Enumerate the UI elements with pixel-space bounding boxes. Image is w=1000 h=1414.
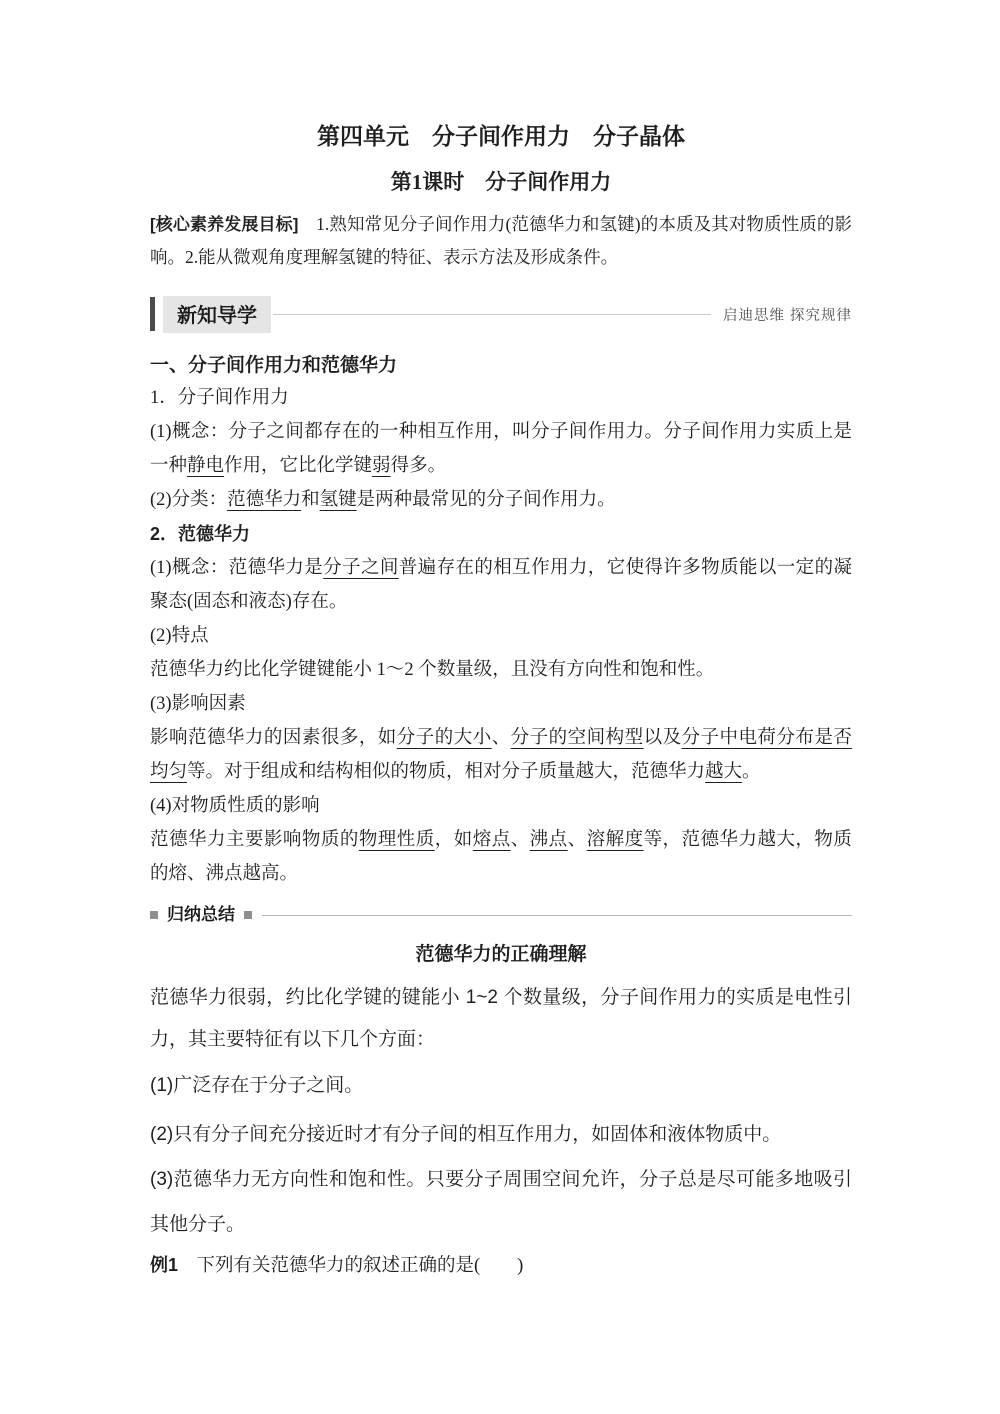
text-run: 、 — [511, 830, 530, 850]
paragraph-concept-1: (1)概念：分子之间都存在的一种相互作用，叫分子间作用力。分子间作用力实质上是一… — [150, 415, 852, 483]
text-run: 影响范德华力的因素很多，如 — [150, 728, 397, 748]
example-label: 例1 — [150, 1255, 178, 1275]
summary-divider-line — [262, 915, 852, 916]
blank-answer: 分子的大小 — [397, 728, 492, 748]
text-run: 等。对于组成和结构相似的物质，相对分子质量越大，范德华力 — [187, 762, 705, 782]
text-run: 。 — [742, 762, 761, 782]
blank-answer: 分子的空间构型 — [511, 728, 644, 748]
blank-answer: 溶解度 — [587, 830, 644, 850]
banner-title: 新知导学 — [163, 296, 271, 333]
learning-objectives: [核心素养发展目标] 1.熟知常见分子间作用力(范德华力和氢键)的本质及其对物质… — [150, 208, 852, 273]
page-content: 第四单元 分子间作用力 分子晶体 第1课时 分子间作用力 [核心素养发展目标] … — [0, 0, 1000, 1284]
summary-title: 范德华力的正确理解 — [150, 941, 852, 969]
paragraph-factors-text: 影响范德华力的因素很多，如分子的大小、分子的空间构型以及分子中电荷分布是否均匀等… — [150, 721, 852, 789]
text-run: (2)分类： — [150, 490, 227, 510]
summary-label: 归纳总结 — [167, 903, 235, 927]
blank-answer: 静电 — [187, 456, 224, 476]
summary-item-3: (3)范德华力无方向性和饱和性。只要分子周围空间允许，分子总是尽可能多地吸引其他… — [150, 1157, 852, 1247]
blank-answer: 熔点 — [473, 830, 511, 850]
unit-title: 第四单元 分子间作用力 分子晶体 — [150, 0, 852, 152]
text-run: 作用，它比化学键 — [224, 456, 372, 476]
paragraph-property-label: (4)对物质性质的影响 — [150, 789, 852, 823]
text-run: (1)概念：范德华力是 — [150, 558, 323, 578]
section-banner: 新知导学 启迪思维 探究规律 — [150, 297, 852, 331]
summary-header: 归纳总结 — [150, 903, 852, 927]
blank-answer: 物理性质 — [359, 830, 435, 850]
example-1: 例1 下列有关范德华力的叙述正确的是( ) — [150, 1247, 852, 1284]
paragraph-features-label: (2)特点 — [150, 619, 852, 653]
subsection-2-heading: 2．范德华力 — [150, 517, 852, 551]
square-bullet-icon — [244, 911, 252, 919]
text-run: 、 — [492, 728, 511, 748]
text-run: 以及 — [644, 728, 682, 748]
summary-item-1: (1)广泛存在于分子之间。 — [150, 1063, 852, 1108]
summary-item-2: (2)只有分子间充分接近时才有分子间的相互作用力，如固体和液体物质中。 — [150, 1112, 852, 1157]
document-page: 第四单元 分子间作用力 分子晶体 第1课时 分子间作用力 [核心素养发展目标] … — [0, 0, 1000, 1414]
blank-answer: 越大 — [705, 762, 742, 782]
square-bullet-icon — [150, 911, 158, 919]
text-run: ，如 — [435, 830, 473, 850]
paragraph-classification: (2)分类：范德华力和氢键是两种最常见的分子间作用力。 — [150, 483, 852, 517]
text-run: 、 — [568, 830, 587, 850]
blank-answer: 弱 — [372, 456, 391, 476]
blank-answer: 氢键 — [320, 490, 357, 510]
text-run: 是两种最常见的分子间作用力。 — [357, 490, 616, 510]
text-run: 得多。 — [391, 456, 447, 476]
paragraph-concept-2: (1)概念：范德华力是分子之间普遍存在的相互作用力，它使得许多物质能以一定的凝聚… — [150, 551, 852, 619]
paragraph-features-text: 范德华力约比化学键键能小 1～2 个数量级，且没有方向性和饱和性。 — [150, 653, 852, 687]
summary-intro: 范德华力很弱，约比化学键的键能小 1~2 个数量级，分子间作用力的实质是电性引力… — [150, 977, 852, 1061]
section-1-heading: 一、分子间作用力和范德华力 — [150, 351, 852, 381]
banner-tagline: 启迪思维 探究规律 — [723, 304, 852, 325]
objectives-label: [核心素养发展目标] — [150, 215, 298, 234]
text-run: 范德华力主要影响物质的 — [150, 830, 359, 850]
paragraph-factors-label: (3)影响因素 — [150, 687, 852, 721]
subsection-1-heading: 1．分子间作用力 — [150, 381, 852, 415]
lesson-title: 第1课时 分子间作用力 — [150, 168, 852, 196]
banner-divider-line — [273, 314, 711, 315]
paragraph-property-text: 范德华力主要影响物质的物理性质，如熔点、沸点、溶解度等，范德华力越大，物质的熔、… — [150, 823, 852, 891]
example-text: 下列有关范德华力的叙述正确的是( ) — [178, 1256, 523, 1276]
blank-answer: 分子之间 — [323, 558, 399, 578]
banner-vertical-bar — [150, 297, 155, 331]
blank-answer: 沸点 — [530, 830, 568, 850]
text-run: 和 — [301, 490, 320, 510]
blank-answer: 范德华力 — [227, 490, 301, 510]
